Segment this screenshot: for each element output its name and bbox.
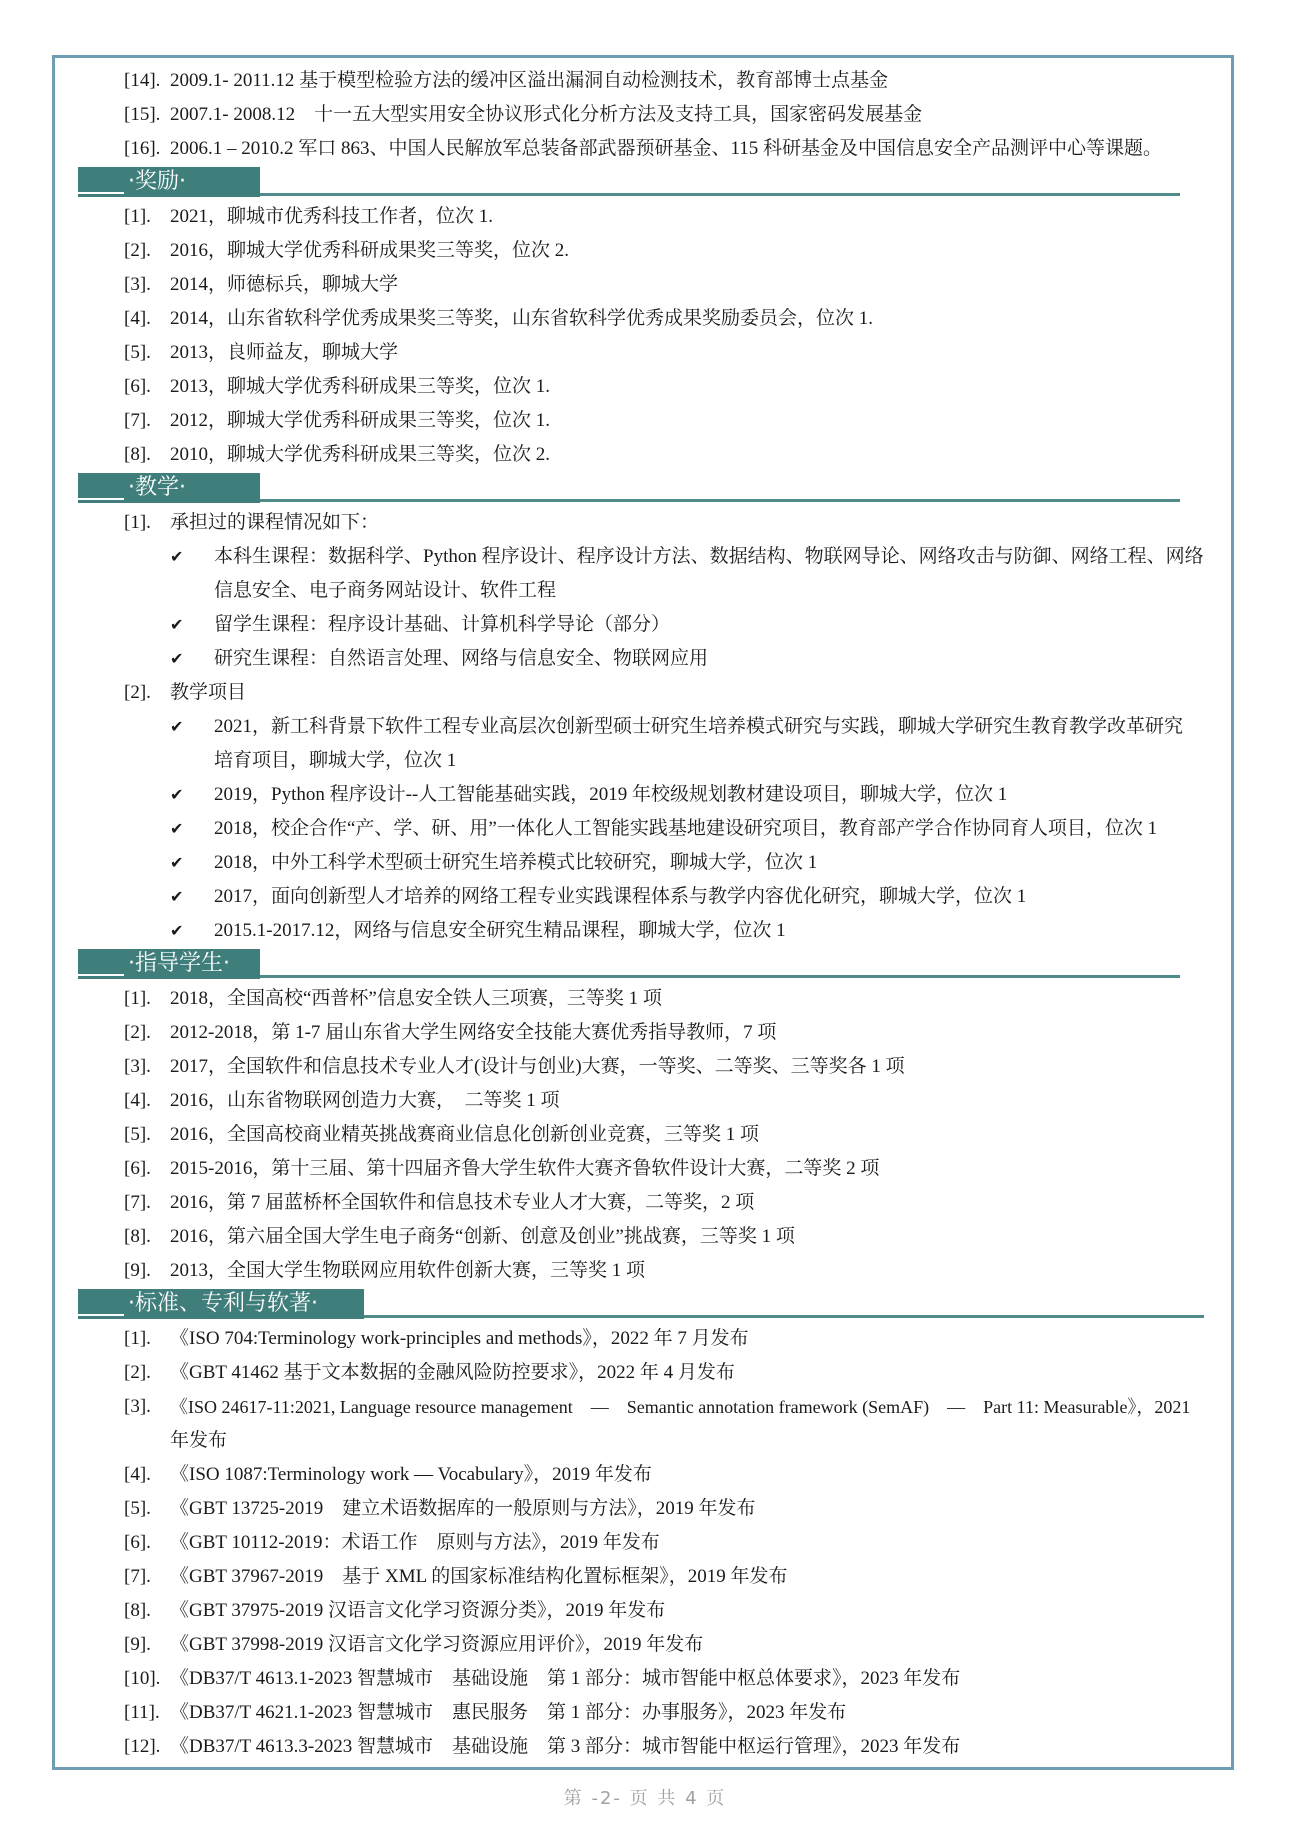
project-subitem: ✔2019，Python 程序设计--人工智能基础实践，2019 年校级规划教材… [78, 778, 1218, 812]
standard-item: [7].《GBT 37967-2019 基于 XML 的国家标准结构化置标框架》… [78, 1560, 1218, 1594]
student-item: [1].2018，全国高校“西普杯”信息安全铁人三项赛，三等奖 1 项 [78, 982, 1218, 1016]
item-text: 2016，第六届全国大学生电子商务“创新、创意及创业”挑战赛，三等奖 1 项 [170, 1220, 795, 1254]
item-text: 2013，良师益友，聊城大学 [170, 336, 398, 370]
project-subitem: ✔2018，校企合作“产、学、研、用”一体化人工智能实践基地建设研究项目，教育部… [78, 812, 1218, 846]
project-item: [16]. 2006.1 – 2010.2 军口 863、中国人民解放军总装备部… [78, 132, 1218, 166]
item-number: [4]. [124, 302, 151, 336]
item-text: 《DB37/T 4621.1-2023 智慧城市 惠民服务 第 1 部分：办事服… [170, 1696, 846, 1730]
student-item: [3].2017，全国软件和信息技术专业人才(设计与创业)大赛，一等奖、二等奖、… [78, 1050, 1218, 1084]
item-text: 《GBT 37967-2019 基于 XML 的国家标准结构化置标框架》，201… [170, 1560, 788, 1594]
item-number: [3]. [124, 1390, 151, 1424]
check-icon: ✔ [170, 642, 183, 676]
item-number: [15]. [124, 98, 160, 132]
section-title-bar: ·奖励· [78, 167, 260, 197]
item-text: 2018，全国高校“西普杯”信息安全铁人三项赛，三等奖 1 项 [170, 982, 662, 1016]
item-text: 2013，聊城大学优秀科研成果三等奖，位次 1. [170, 370, 550, 404]
item-number: [2]. [124, 234, 151, 268]
item-number: [7]. [124, 1186, 151, 1220]
item-number: [6]. [124, 370, 151, 404]
section-title-bar: ·标准、专利与软著· [78, 1289, 364, 1319]
project-subitem: ✔2018，中外工科学术型硕士研究生培养模式比较研究，聊城大学，位次 1 [78, 846, 1218, 880]
item-number: [1]. [124, 982, 151, 1016]
item-text: 2016，全国高校商业精英挑战赛商业信息化创新创业竞赛，三等奖 1 项 [170, 1118, 759, 1152]
standard-item: [10].《DB37/T 4613.1-2023 智慧城市 基础设施 第 1 部… [78, 1662, 1218, 1696]
item-number: [8]. [124, 438, 151, 472]
item-text: 2010，聊城大学优秀科研成果三等奖，位次 2. [170, 438, 550, 472]
item-text: 2012-2018，第 1-7 届山东省大学生网络安全技能大赛优秀指导教师，7 … [170, 1016, 776, 1050]
student-item: [7].2016，第 7 届蓝桥杯全国软件和信息技术专业人才大赛，二等奖，2 项 [78, 1186, 1218, 1220]
subitem-text: 研究生课程：自然语言处理、网络与信息安全、物联网应用 [214, 642, 708, 676]
teaching-item: [2].教学项目 [78, 676, 1218, 710]
item-number: [10]. [124, 1662, 160, 1696]
award-item: [7].2012，聊城大学优秀科研成果三等奖，位次 1. [78, 404, 1218, 438]
subitem-text: 培育项目，聊城大学，位次 1 [214, 744, 456, 778]
item-text: 《ISO 704:Terminology work-principles and… [170, 1322, 749, 1356]
teaching-item: [1].承担过的课程情况如下： [78, 506, 1218, 540]
title-underline [78, 498, 124, 500]
course-subitem: ✔本科生课程：数据科学、Python 程序设计、程序设计方法、数据结构、物联网导… [78, 540, 1218, 574]
course-subitem: ✔研究生课程：自然语言处理、网络与信息安全、物联网应用 [78, 642, 1218, 676]
check-icon: ✔ [170, 914, 183, 948]
item-number: [7]. [124, 404, 151, 438]
item-number: [2]. [124, 676, 151, 710]
subitem-text: 2018，校企合作“产、学、研、用”一体化人工智能实践基地建设研究项目，教育部产… [214, 812, 1157, 846]
student-item: [4].2016，山东省物联网创造力大赛， 二等奖 1 项 [78, 1084, 1218, 1118]
item-text: 2007.1- 2008.12 十一五大型实用安全协议形式化分析方法及支持工具，… [170, 98, 922, 132]
item-number: [11]. [124, 1696, 160, 1730]
section-title: ·教学· [124, 475, 186, 500]
check-icon: ✔ [170, 880, 183, 914]
check-icon: ✔ [170, 710, 183, 744]
page-number-footer: 第 -2- 页 共 4 页 [0, 1784, 1290, 1810]
subitem-text: 2017，面向创新型人才培养的网络工程专业实践课程体系与教学内容优化研究，聊城大… [214, 880, 1026, 914]
student-item: [6].2015-2016，第十三届、第十四届齐鲁大学生软件大赛齐鲁软件设计大赛… [78, 1152, 1218, 1186]
standard-item: [12].《DB37/T 4613.3-2023 智慧城市 基础设施 第 3 部… [78, 1730, 1218, 1764]
section-header-students: ·指导学生· [78, 948, 1218, 982]
item-text: 2009.1- 2011.12 基于模型检验方法的缓冲区溢出漏洞自动检测技术，教… [170, 64, 888, 98]
award-item: [2].2016，聊城大学优秀科研成果奖三等奖，位次 2. [78, 234, 1218, 268]
award-item: [8].2010，聊城大学优秀科研成果三等奖，位次 2. [78, 438, 1218, 472]
award-item: [5].2013，良师益友，聊城大学 [78, 336, 1218, 370]
standard-item: [1].《ISO 704:Terminology work-principles… [78, 1322, 1218, 1356]
section-title-bar: ·指导学生· [78, 949, 260, 979]
item-number: [14]. [124, 64, 160, 98]
student-item: [5].2016，全国高校商业精英挑战赛商业信息化创新创业竞赛，三等奖 1 项 [78, 1118, 1218, 1152]
item-text: 2017，全国软件和信息技术专业人才(设计与创业)大赛，一等奖、二等奖、三等奖各… [170, 1050, 905, 1084]
section-title: ·标准、专利与软著· [124, 1291, 318, 1316]
section-header-teaching: ·教学· [78, 472, 1218, 506]
item-text: 《DB37/T 4613.1-2023 智慧城市 基础设施 第 1 部分：城市智… [170, 1662, 960, 1696]
item-text: 2021，聊城市优秀科技工作者，位次 1. [170, 200, 493, 234]
award-item: [1].2021，聊城市优秀科技工作者，位次 1. [78, 200, 1218, 234]
item-text: 《GBT 10112-2019：术语工作 原则与方法》，2019 年发布 [170, 1526, 660, 1560]
standard-item: [2].《GBT 41462 基于文本数据的金融风险防控要求》，2022 年 4… [78, 1356, 1218, 1390]
section-rule [364, 1315, 1204, 1318]
title-underline [78, 192, 124, 194]
section-title: ·奖励· [124, 169, 186, 194]
project-subitem: ✔2017，面向创新型人才培养的网络工程专业实践课程体系与教学内容优化研究，聊城… [78, 880, 1218, 914]
item-text: 《ISO 1087:Terminology work — Vocabulary》… [170, 1458, 652, 1492]
item-text: 2006.1 – 2010.2 军口 863、中国人民解放军总装备部武器预研基金… [170, 132, 1162, 166]
standard-item: [11].《DB37/T 4621.1-2023 智慧城市 惠民服务 第 1 部… [78, 1696, 1218, 1730]
item-number: [6]. [124, 1152, 151, 1186]
project-subitem: ✔2015.1-2017.12，网络与信息安全研究生精品课程，聊城大学，位次 1 [78, 914, 1218, 948]
title-underline [78, 974, 124, 976]
standard-item: [3].《ISO 24617-11:2021, Language resourc… [78, 1390, 1218, 1424]
subitem-text: 信息安全、电子商务网站设计、软件工程 [214, 574, 556, 608]
item-number: [3]. [124, 1050, 151, 1084]
item-text: 2016，第 7 届蓝桥杯全国软件和信息技术专业人才大赛，二等奖，2 项 [170, 1186, 754, 1220]
student-item: [8].2016，第六届全国大学生电子商务“创新、创意及创业”挑战赛，三等奖 1… [78, 1220, 1218, 1254]
standard-item: [5].《GBT 13725-2019 建立术语数据库的一般原则与方法》，201… [78, 1492, 1218, 1526]
item-text: 《GBT 37998-2019 汉语言文化学习资源应用评价》，2019 年发布 [170, 1628, 703, 1662]
item-number: [8]. [124, 1594, 151, 1628]
item-number: [9]. [124, 1628, 151, 1662]
check-icon: ✔ [170, 846, 183, 880]
project-item: [15]. 2007.1- 2008.12 十一五大型实用安全协议形式化分析方法… [78, 98, 1218, 132]
standard-item: [9].《GBT 37998-2019 汉语言文化学习资源应用评价》，2019 … [78, 1628, 1218, 1662]
standard-item: [8].《GBT 37975-2019 汉语言文化学习资源分类》，2019 年发… [78, 1594, 1218, 1628]
section-rule [260, 193, 1180, 196]
standard-item: [6].《GBT 10112-2019：术语工作 原则与方法》，2019 年发布 [78, 1526, 1218, 1560]
item-text: 2014，山东省软科学优秀成果奖三等奖，山东省软科学优秀成果奖励委员会，位次 1… [170, 302, 873, 336]
item-number: [5]. [124, 336, 151, 370]
item-number: [3]. [124, 268, 151, 302]
item-text: 2015-2016，第十三届、第十四届齐鲁大学生软件大赛齐鲁软件设计大赛，二等奖… [170, 1152, 879, 1186]
award-item: [6].2013，聊城大学优秀科研成果三等奖，位次 1. [78, 370, 1218, 404]
item-number: [4]. [124, 1084, 151, 1118]
document-content: [14]. 2009.1- 2011.12 基于模型检验方法的缓冲区溢出漏洞自动… [78, 64, 1218, 1764]
item-text: 2016，山东省物联网创造力大赛， 二等奖 1 项 [170, 1084, 560, 1118]
standard-item: [4].《ISO 1087:Terminology work — Vocabul… [78, 1458, 1218, 1492]
award-item: [3].2014，师德标兵，聊城大学 [78, 268, 1218, 302]
subitem-text: 2021，新工科背景下软件工程专业高层次创新型硕士研究生培养模式研究与实践，聊城… [214, 710, 1183, 744]
project-item: [14]. 2009.1- 2011.12 基于模型检验方法的缓冲区溢出漏洞自动… [78, 64, 1218, 98]
subitem-text: 2015.1-2017.12，网络与信息安全研究生精品课程，聊城大学，位次 1 [214, 914, 786, 948]
section-rule [260, 975, 1180, 978]
check-icon: ✔ [170, 812, 183, 846]
student-item: [2].2012-2018，第 1-7 届山东省大学生网络安全技能大赛优秀指导教… [78, 1016, 1218, 1050]
subitem-text: 本科生课程：数据科学、Python 程序设计、程序设计方法、数据结构、物联网导论… [214, 540, 1204, 574]
subitem-text: 2019，Python 程序设计--人工智能基础实践，2019 年校级规划教材建… [214, 778, 1007, 812]
item-number: [8]. [124, 1220, 151, 1254]
item-number: [16]. [124, 132, 160, 166]
section-rule [260, 499, 1180, 502]
item-text: 承担过的课程情况如下： [170, 506, 379, 540]
standard-item-continuation: 年发布 [78, 1424, 1218, 1458]
check-icon: ✔ [170, 608, 183, 642]
item-number: [1]. [124, 200, 151, 234]
award-item: [4].2014，山东省软科学优秀成果奖三等奖，山东省软科学优秀成果奖励委员会，… [78, 302, 1218, 336]
item-text: 2012，聊城大学优秀科研成果三等奖，位次 1. [170, 404, 550, 438]
item-number: [4]. [124, 1458, 151, 1492]
item-number: [5]. [124, 1118, 151, 1152]
check-icon: ✔ [170, 540, 183, 574]
item-text: 《GBT 13725-2019 建立术语数据库的一般原则与方法》，2019 年发… [170, 1492, 756, 1526]
item-number: [1]. [124, 1322, 151, 1356]
check-icon: ✔ [170, 778, 183, 812]
subitem-text: 留学生课程：程序设计基础、计算机科学导论（部分） [214, 608, 670, 642]
item-number: [2]. [124, 1016, 151, 1050]
item-text: 年发布 [170, 1424, 227, 1458]
item-text: 《ISO 24617-11:2021, Language resource ma… [170, 1390, 1190, 1424]
section-title: ·指导学生· [124, 951, 230, 976]
item-text: 2016，聊城大学优秀科研成果奖三等奖，位次 2. [170, 234, 569, 268]
item-number: [12]. [124, 1730, 160, 1764]
item-text: 2013，全国大学生物联网应用软件创新大赛，三等奖 1 项 [170, 1254, 645, 1288]
section-title-bar: ·教学· [78, 473, 260, 503]
item-number: [7]. [124, 1560, 151, 1594]
item-text: 《GBT 41462 基于文本数据的金融风险防控要求》，2022 年 4 月发布 [170, 1356, 735, 1390]
project-subitem: ✔2021，新工科背景下软件工程专业高层次创新型硕士研究生培养模式研究与实践，聊… [78, 710, 1218, 744]
item-number: [9]. [124, 1254, 151, 1288]
item-text: 教学项目 [170, 676, 246, 710]
item-text: 《GBT 37975-2019 汉语言文化学习资源分类》，2019 年发布 [170, 1594, 665, 1628]
item-number: [5]. [124, 1492, 151, 1526]
item-text: 2014，师德标兵，聊城大学 [170, 268, 398, 302]
subitem-text: 2018，中外工科学术型硕士研究生培养模式比较研究，聊城大学，位次 1 [214, 846, 817, 880]
item-number: [6]. [124, 1526, 151, 1560]
project-subitem-continuation: 培育项目，聊城大学，位次 1 [78, 744, 1218, 778]
item-text: 《DB37/T 4613.3-2023 智慧城市 基础设施 第 3 部分：城市智… [170, 1730, 960, 1764]
item-number: [1]. [124, 506, 151, 540]
section-header-awards: ·奖励· [78, 166, 1218, 200]
course-subitem: ✔留学生课程：程序设计基础、计算机科学导论（部分） [78, 608, 1218, 642]
title-underline [78, 1314, 124, 1316]
section-header-standards: ·标准、专利与软著· [78, 1288, 1218, 1322]
course-subitem-continuation: 信息安全、电子商务网站设计、软件工程 [78, 574, 1218, 608]
student-item: [9].2013，全国大学生物联网应用软件创新大赛，三等奖 1 项 [78, 1254, 1218, 1288]
item-number: [2]. [124, 1356, 151, 1390]
